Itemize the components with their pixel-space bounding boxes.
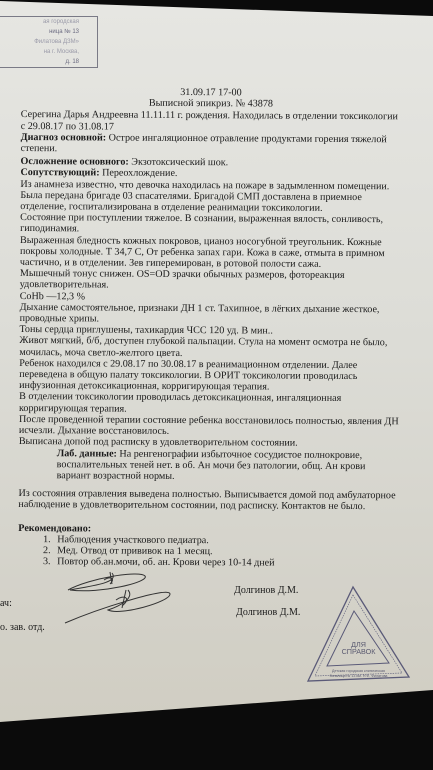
stamp-line: ница № 13 [6, 27, 97, 37]
stamp-line: ая городская [6, 17, 97, 27]
stamp-line: д. 18 [6, 57, 97, 67]
icu-course: Ребенок находился с 29.08.17 по 30.08.17… [19, 358, 399, 394]
seal-bottom-line: Детская городская клиническая [306, 669, 411, 673]
lab-data: Лаб. данные: На ренгенографии избыточное… [19, 447, 399, 483]
lab-label: Лаб. данные: [57, 448, 117, 459]
diagnosis-main: Диагноз основной: Острое ингаляционное о… [21, 132, 401, 157]
patient-info: Серегина Дарья Андреевна 11.11.11 г. рож… [21, 109, 401, 134]
concomitant-label: Сопутствующий: [20, 167, 99, 178]
doctor-label: ач: [0, 598, 12, 609]
institution-stamp: ая городская ница № 13 Филатова ДЗМ» на … [0, 16, 98, 68]
official-seal: ДЛЯ СПРАВОК Детская городская клиническа… [306, 585, 411, 683]
concomitant-text: Переохлождение. [100, 168, 178, 179]
outcome: После проведенной терапии состояние ребе… [19, 414, 399, 439]
diagnosis-label: Диагноз основной: [21, 132, 107, 144]
stamp-line: на г. Москва, [6, 47, 97, 57]
recommendations-label: Рекомендовано: [18, 523, 91, 534]
anamnesis: Из анамнеза известно, что девочка находи… [20, 179, 400, 215]
seal-bottom-line: больница № 13 им. Н.Ф. Филатова [306, 674, 411, 678]
stamp-line: Филатова ДЗМ» [6, 37, 97, 47]
handwritten-signature [60, 568, 180, 628]
recommendations-list: Наблюдения участкового педиатра. Мед. От… [18, 534, 398, 570]
ward-therapy: В отделении токсикологии проводилась дет… [19, 391, 399, 416]
head-of-department-label: о. зав. отд. [0, 622, 45, 633]
conclusion: Из состояния отравления выведена полност… [18, 488, 398, 513]
seal-text-references: СПРАВОК [306, 648, 411, 656]
neuro-exam: Мышечный тонус снижен. OS=OD зрачки обыч… [20, 268, 400, 293]
skin-exam: Выраженная бледность кожных покровов, ци… [20, 235, 400, 271]
complication-text: Экзотоксический шок. [129, 157, 229, 169]
document-title: Выписной эпикриз. № 43878 [21, 97, 401, 111]
respiration: Дыхание самостоятельное, признаки ДН 1 с… [20, 302, 400, 327]
abdomen: Живот мягкий, б/б, доступен глубокой пал… [19, 335, 399, 360]
doctor-name: Долгинов Д.М. [234, 585, 298, 596]
discharge-summary: 31.09.17 17-00 Выписной эпикриз. № 43878… [18, 86, 401, 570]
complication-label: Осложнение основного: [21, 156, 129, 168]
admission-state: Состояние при поступлении тяжелое. В соз… [20, 212, 400, 237]
head-name: Долгинов Д.М. [236, 607, 300, 618]
